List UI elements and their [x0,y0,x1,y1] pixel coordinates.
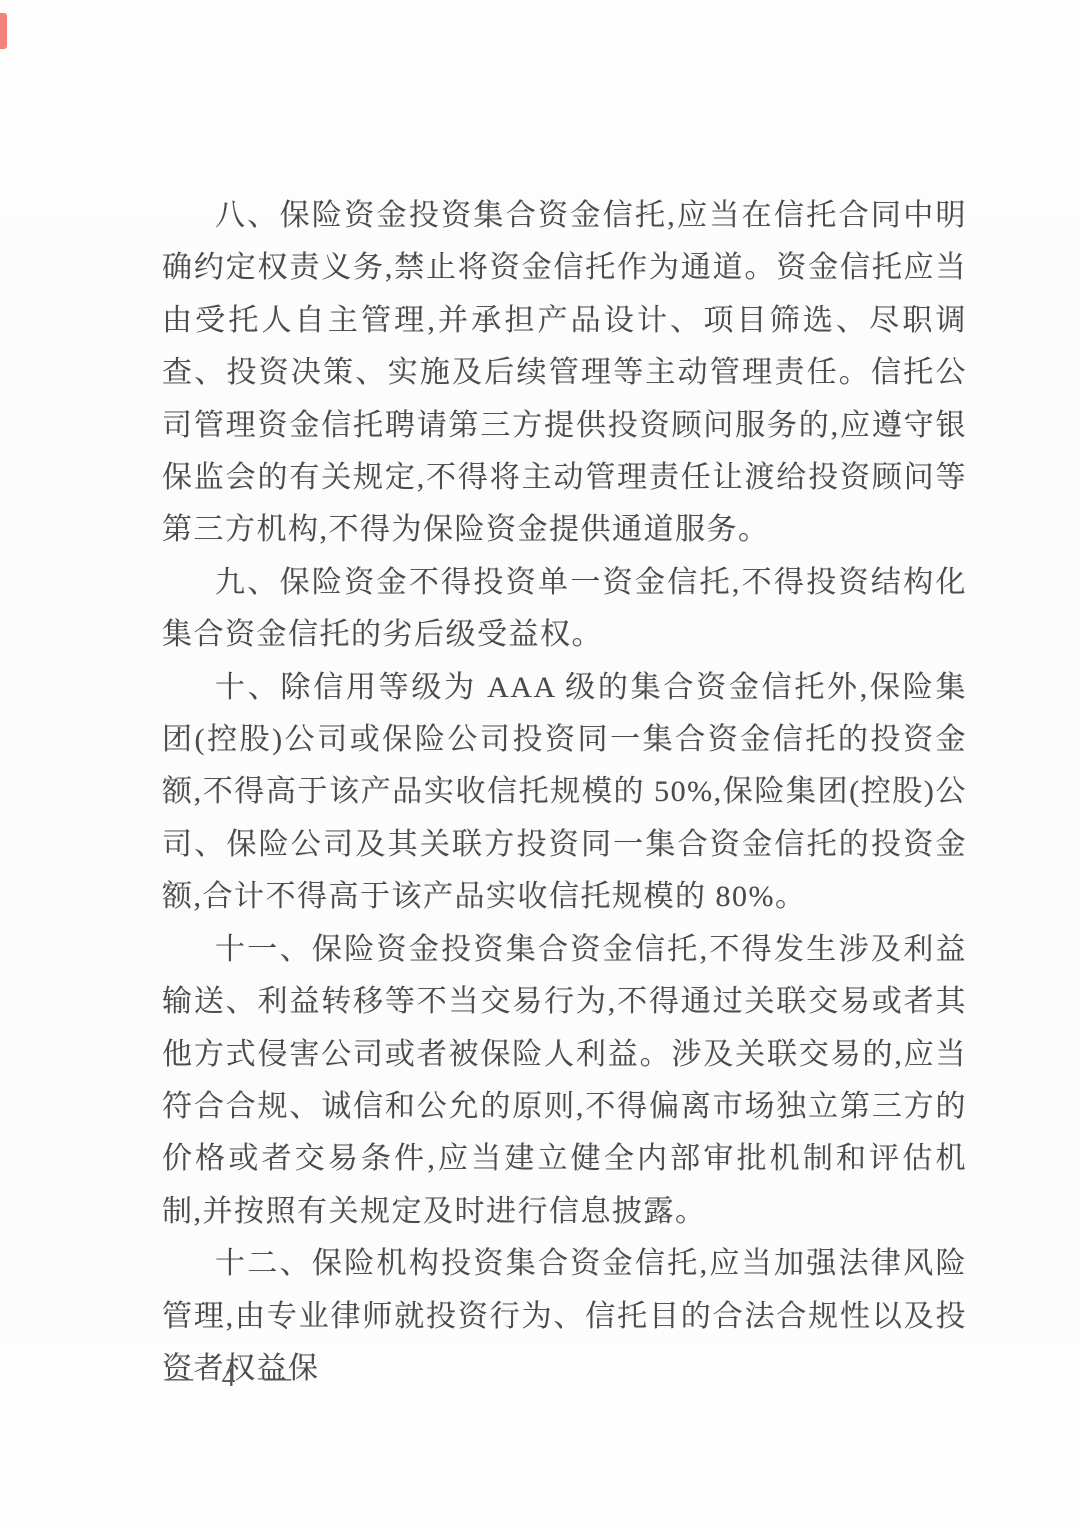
document-body: 八、保险资金投资集合资金信托,应当在信托合同中明确约定权责义务,禁止将资金信托作… [162,190,967,1395]
paragraph-item-11: 十一、保险资金投资集合资金信托,不得发生涉及利益输送、利益转移等不当交易行为,不… [162,924,967,1238]
paragraph-item-9: 九、保险资金不得投资单一资金信托,不得投资结构化集合资金信托的劣后级受益权。 [162,557,967,662]
page-footer: — 4 — [166,1362,286,1393]
paragraph-item-10: 十、除信用等级为 AAA 级的集合资金信托外,保险集团(控股)公司或保险公司投资… [162,662,967,924]
document-page: 八、保险资金投资集合资金信托,应当在信托合同中明确约定权责义务,禁止将资金信托作… [0,0,1080,1527]
red-edge-artifact [0,13,7,49]
paragraph-item-8: 八、保险资金投资集合资金信托,应当在信托合同中明确约定权责义务,禁止将资金信托作… [162,190,967,557]
page-number: — 4 — [166,1362,302,1392]
